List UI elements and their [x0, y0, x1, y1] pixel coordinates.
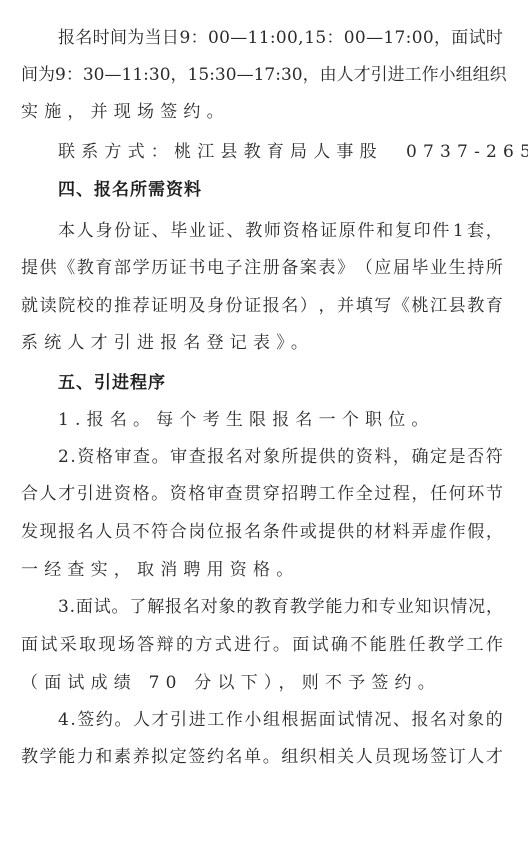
paragraph-line: 系统人才引进报名登记表》。	[21, 331, 503, 355]
paragraph-line: 提供《教育部学历证书电子注册备案表》（应届毕业生持所	[21, 256, 503, 280]
paragraph-line: 本人身份证、毕业证、教师资格证原件和复印件 1 套，	[58, 219, 503, 243]
paragraph-line: 联系方式：桃江县教育局人事股 0737-2659606	[58, 140, 503, 164]
paragraph-line: 发现报名人员不符合岗位报名条件或提供的材料弄虚作假，	[21, 520, 503, 544]
paragraph-line: 1.报名。每个考生限报名一个职位。	[58, 408, 503, 432]
section-heading: 四、报名所需资料	[58, 178, 503, 202]
paragraph-line: 教学能力和素养拟定签约名单。组织相关人员现场签订人才	[21, 745, 503, 769]
section-heading: 五、引进程序	[58, 371, 503, 395]
paragraph-line: 面试采取现场答辩的方式进行。面试确不能胜任教学工作	[21, 633, 503, 657]
paragraph-line: 2.资格审查。审查报名对象所提供的资料，确定是否符	[58, 445, 503, 469]
paragraph-line: （面试成绩 70 分以下），则不予签约。	[21, 671, 503, 695]
paragraph-line: 合人才引进资格。资格审查贯穿招聘工作全过程，任何环节	[21, 482, 503, 506]
paragraph-line: 4.签约。人才引进工作小组根据面试情况、报名对象的	[58, 708, 503, 732]
paragraph-line: 一经查实，取消聘用资格。	[21, 558, 503, 582]
paragraph-line: 3.面试。了解报名对象的教育教学能力和专业知识情况，	[58, 595, 503, 619]
paragraph-line: 报名时间为当日 9：00—11:00, 15：00—17:00，面试时	[58, 26, 503, 50]
paragraph-line: 实施，并现场签约。	[21, 100, 503, 124]
paragraph-line: 间为 9：30—11:30，15:30—17:30，由人才引进工作小组组织	[21, 63, 503, 87]
paragraph-line: 就读院校的推荐证明及身份证报名），并填写《桃江县教育	[21, 294, 503, 318]
